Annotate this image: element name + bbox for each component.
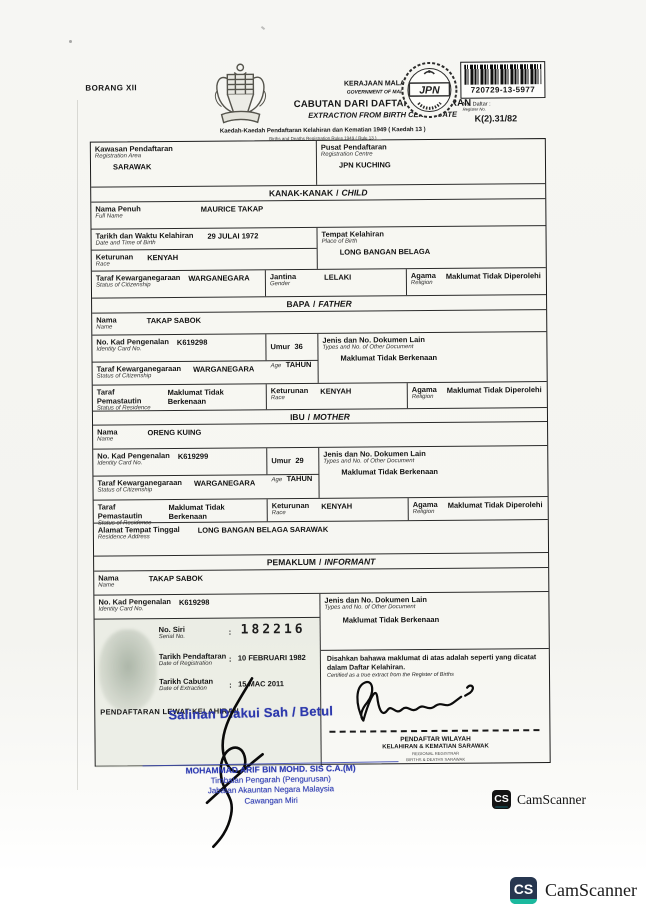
barcode-block: 720729-13-5977 xyxy=(460,61,545,99)
register-number-sublabel: Register No. xyxy=(463,108,518,113)
certifying-officer-signature-icon xyxy=(188,672,299,851)
father-name-sublabel: Name xyxy=(96,324,116,331)
mother-name-label: Nama xyxy=(97,427,118,436)
certification-statement-ms: Disahkan bahawa maklumat di atas adalah … xyxy=(327,653,541,673)
birth-certificate-document: BORANG XII KERAJAAN MALAYSIA GOVERNMENT … xyxy=(0,0,646,910)
informant-ic-sublabel: Identity Card No. xyxy=(98,606,171,613)
certification-block: Disahkan bahawa maklumat di atas adalah … xyxy=(321,648,550,766)
band-father-en: FATHER xyxy=(318,299,351,309)
band-informant-ms: PEMAKLUM xyxy=(267,557,316,567)
mother-religion-value: Maklumat Tidak Diperolehi xyxy=(448,500,543,510)
informant-ic-value: K619298 xyxy=(179,598,210,607)
camscanner-logo-icon: CS xyxy=(492,790,511,809)
informant-name-value: TAKAP SABOK xyxy=(149,574,203,583)
father-other-doc-sublabel: Types and No. of Other Document xyxy=(322,343,542,351)
mother-citizenship-sublabel: Status of Citizenship xyxy=(98,487,183,494)
mother-citizenship-value: WARGANEGARA xyxy=(194,478,255,487)
father-race-sublabel: Race xyxy=(271,395,309,402)
father-age-label: Umur xyxy=(270,342,290,351)
band-child-en: CHILD xyxy=(341,187,367,197)
faded-official-stamp-icon xyxy=(99,629,158,711)
camscanner-label: CamScanner xyxy=(545,880,637,901)
field-mother-other-doc: Jenis dan No. Dokumen Lain Types and No.… xyxy=(319,446,547,498)
register-number-block: No. Daftar : Register No. K(2).31/82 xyxy=(463,101,518,124)
field-father-name: Nama Name TAKAP SABOK xyxy=(92,310,546,335)
band-slash: / xyxy=(319,557,321,567)
father-religion-sublabel: Religion xyxy=(412,394,437,401)
cs-logo-text: CS xyxy=(514,881,533,897)
cs-logo-text: CS xyxy=(494,793,509,805)
barcode-number: 720729-13-5977 xyxy=(461,85,544,95)
field-child-race: Keturunan Race KENYAH xyxy=(92,248,317,270)
serial-no-sublabel: Serial No. xyxy=(159,634,185,641)
mother-race-value: KENYAH xyxy=(321,502,352,511)
malaysia-coat-of-arms-icon xyxy=(207,60,274,135)
field-mother-age: Umur 29 Age TAHUN xyxy=(267,448,318,474)
mother-race-label: Keturunan xyxy=(272,501,310,510)
jpn-seal-icon: JPN xyxy=(400,61,458,119)
mother-race-sublabel: Race xyxy=(272,510,310,517)
mother-name-sublabel: Name xyxy=(97,436,117,443)
registrar-signature-icon xyxy=(349,675,499,726)
child-religion-value: Maklumat Tidak Diperolehi xyxy=(446,271,541,281)
field-mother-address: Alamat Tempat Tinggal Residence Address … xyxy=(94,520,548,556)
mother-other-doc-sublabel: Types and No. of Other Document xyxy=(323,457,543,465)
mother-religion-label: Agama xyxy=(413,500,438,509)
mother-religion-sublabel: Religion xyxy=(413,509,438,516)
informant-other-doc-sublabel: Types and No. of Other Document xyxy=(324,603,544,611)
camscanner-watermark: CS CamScanner xyxy=(492,790,586,809)
father-religion-value: Maklumat Tidak Diperolehi xyxy=(447,385,542,395)
band-slash: / xyxy=(336,188,338,198)
field-mother-citizenship: Taraf Kewarganegaraan Status of Citizens… xyxy=(93,474,318,500)
field-mother-race: Keturunan Race KENYAH xyxy=(268,498,409,521)
child-name-sublabel: Full Name xyxy=(95,213,140,220)
serial-no-value: 182216 xyxy=(241,622,306,638)
field-registration-area: Kawasan Pendaftaran Registration Area SA… xyxy=(91,141,317,187)
mother-age-value: 29 xyxy=(295,456,303,465)
band-slash: / xyxy=(313,299,315,309)
father-residence-label: Taraf Pemastautin xyxy=(97,387,160,405)
child-citizenship-sublabel: Status of Citizenship xyxy=(96,282,181,289)
field-father-race: Keturunan Race KENYAH xyxy=(267,383,408,409)
field-mother-name: Nama Name ORENG KUING xyxy=(93,422,547,449)
mother-age-label: Umur xyxy=(271,456,291,465)
child-citizenship-value: WARGANEGARA xyxy=(188,273,249,282)
father-name-value: TAKAP SABOK xyxy=(147,316,201,325)
barcode-icon xyxy=(464,64,541,85)
child-gender-label: Jantina xyxy=(270,272,296,281)
father-ic-label: No. Kad Pengenalan xyxy=(96,337,169,347)
colon-separator: : xyxy=(229,627,232,636)
informant-ic-label: No. Kad Pengenalan xyxy=(98,597,171,607)
child-citizenship-label: Taraf Kewarganegaraan xyxy=(96,273,181,283)
cs-logo-bar xyxy=(510,899,537,904)
child-dob-sublabel: Date and Time of Birth xyxy=(96,240,194,247)
field-mother-religion: Agama Religion Maklumat Tidak Diperolehi xyxy=(409,497,548,520)
camscanner-logo-icon: CS xyxy=(510,877,537,904)
mother-address-value: LONG BANGAN BELAGA SARAWAK xyxy=(198,525,329,535)
child-pob-sublabel: Place of Birth xyxy=(322,237,542,245)
mother-residence-value: Maklumat Tidak Berkenaan xyxy=(168,502,262,521)
camscanner-watermark-footer: CS CamScanner xyxy=(510,877,637,904)
mother-name-value: ORENG KUING xyxy=(147,428,201,437)
field-father-age: Umur 36 Age TAHUN xyxy=(266,334,317,360)
child-name-label: Nama Penuh xyxy=(95,204,141,213)
father-residence-sublabel: Status of Residence xyxy=(97,405,160,412)
certificate-form: Kawasan Pendaftaran Registration Area SA… xyxy=(90,138,551,767)
register-number-value: K(2).31/82 xyxy=(475,113,518,124)
registration-centre-sublabel: Registration Centre xyxy=(321,150,541,158)
father-ic-value: K619298 xyxy=(177,338,208,347)
child-pob-value: LONG BANGAN BELAGA xyxy=(340,246,542,257)
field-child-name: Nama Penuh Full Name MAURICE TAKAP xyxy=(91,199,545,229)
registration-date-value: 10 FEBRUARI 1982 xyxy=(238,653,306,663)
mother-address-label: Alamat Tempat Tinggal xyxy=(98,525,180,535)
father-name-label: Nama xyxy=(96,315,117,324)
colon-separator: : xyxy=(229,654,232,663)
registration-area-value: SARAWAK xyxy=(113,160,312,171)
mother-ic-label: No. Kad Pengenalan xyxy=(97,451,170,461)
field-informant-name: Nama Name TAKAP SABOK xyxy=(94,568,548,595)
band-informant-en: INFORMANT xyxy=(324,556,375,566)
child-race-sublabel: Race xyxy=(96,262,134,269)
registration-date-label: Tarikh Pendaftaran xyxy=(159,651,226,661)
father-other-doc-value: Maklumat Tidak Berkenaan xyxy=(340,352,542,363)
camscanner-label: CamScanner xyxy=(517,792,586,808)
father-residence-value: Maklumat Tidak Berkenaan xyxy=(168,387,262,406)
band-mother-ms: IBU xyxy=(290,411,305,421)
band-child-ms: KANAK-KANAK xyxy=(269,188,333,199)
registration-date-sublabel: Date of Registration xyxy=(159,660,226,667)
child-name-value: MAURICE TAKAP xyxy=(201,204,263,213)
field-father-religion: Agama Religion Maklumat Tidak Diperolehi xyxy=(408,382,547,408)
band-slash: / xyxy=(308,411,310,421)
child-race-value: KENYAH xyxy=(147,253,178,262)
mother-citizenship-label: Taraf Kewarganegaraan xyxy=(97,478,182,488)
serial-no-label: No. Siri xyxy=(159,625,185,634)
mother-other-doc-value: Maklumat Tidak Berkenaan xyxy=(341,466,543,477)
svg-text:JPN: JPN xyxy=(419,84,440,96)
informant-name-label: Nama xyxy=(98,573,119,582)
field-informant-ic: No. Kad Pengenalan Identity Card No. K61… xyxy=(94,594,319,619)
registration-area-sublabel: Registration Area xyxy=(95,152,312,160)
officer-stamp-block: MOHAMMAD ARIF BIN MOHD. SIS C.A.(M) Timb… xyxy=(143,761,400,808)
informant-other-doc-value: Maklumat Tidak Berkenaan xyxy=(343,614,545,625)
field-registration-centre: Pusat Pendaftaran Registration Centre JP… xyxy=(317,139,545,185)
child-gender-sublabel: Gender xyxy=(270,281,296,288)
father-race-value: KENYAH xyxy=(320,387,351,396)
registrar-stamp: PENDAFTAR WILAYAH KELAHIRAN & KEMATIAN S… xyxy=(321,735,549,763)
informant-name-sublabel: Name xyxy=(98,582,118,589)
field-child-gender: Jantina Gender LELAKI xyxy=(266,269,407,296)
father-citizenship-sublabel: Status of Citizenship xyxy=(97,373,182,380)
child-gender-value: LELAKI xyxy=(324,273,351,282)
child-dob-label: Tarikh dan Waktu Kelahiran xyxy=(96,231,194,241)
band-father-ms: BAPA xyxy=(286,299,310,309)
field-father-other-doc: Jenis dan No. Dokumen Lain Types and No.… xyxy=(318,332,546,383)
field-informant-other-doc: Jenis dan No. Dokumen Lain Types and No.… xyxy=(320,592,548,649)
field-child-citizenship: Taraf Kewarganegaraan Status of Citizens… xyxy=(92,270,266,297)
mother-ic-value: K619299 xyxy=(178,452,209,461)
field-serial-no: No. Siri Serial No. xyxy=(159,625,185,641)
field-father-citizenship: Taraf Kewarganegaraan Status of Citizens… xyxy=(93,360,318,385)
field-father-ic: No. Kad Pengenalan Identity Card No. K61… xyxy=(92,334,266,361)
field-father-residence: Taraf Pemastautin Status of Residence Ma… xyxy=(93,384,267,410)
mother-ic-sublabel: Identity Card No. xyxy=(97,460,170,467)
mother-address-sublabel: Residence Address xyxy=(98,534,180,541)
cs-logo-bar xyxy=(495,806,508,809)
field-mother-ic: No. Kad Pengenalan Identity Card No. K61… xyxy=(93,448,267,475)
father-ic-sublabel: Identity Card No. xyxy=(96,346,169,353)
band-mother-en: MOTHER xyxy=(313,411,350,421)
father-religion-label: Agama xyxy=(412,385,437,394)
field-child-dob: Tarikh dan Waktu Kelahiran Date and Time… xyxy=(91,228,316,250)
child-race-label: Keturunan xyxy=(96,253,134,262)
signature-line xyxy=(329,729,539,733)
child-religion-sublabel: Religion xyxy=(411,280,436,287)
scanned-page: BORANG XII KERAJAAN MALAYSIA GOVERNMENT … xyxy=(0,0,646,910)
father-citizenship-label: Taraf Kewarganegaraan xyxy=(97,364,182,374)
father-citizenship-value: WARGANEGARA xyxy=(193,364,254,373)
field-mother-residence: Taraf Pemastautin Status of Residence Ma… xyxy=(94,499,268,522)
mother-residence-label: Taraf Pemastautin xyxy=(98,502,161,520)
registration-centre-value: JPN KUCHING xyxy=(339,159,541,170)
field-child-pob: Tempat Kelahiran Place of Birth LONG BAN… xyxy=(317,226,545,269)
field-registration-date: Tarikh Pendaftaran Date of Registration xyxy=(159,651,227,667)
father-age-value: 36 xyxy=(294,342,302,351)
father-race-label: Keturunan xyxy=(271,386,309,395)
child-religion-label: Agama xyxy=(411,271,436,280)
child-dob-value: 29 JULAI 1972 xyxy=(207,231,258,240)
field-child-religion: Agama Religion Maklumat Tidak Diperolehi xyxy=(407,268,546,295)
form-number: BORANG XII xyxy=(85,83,137,92)
